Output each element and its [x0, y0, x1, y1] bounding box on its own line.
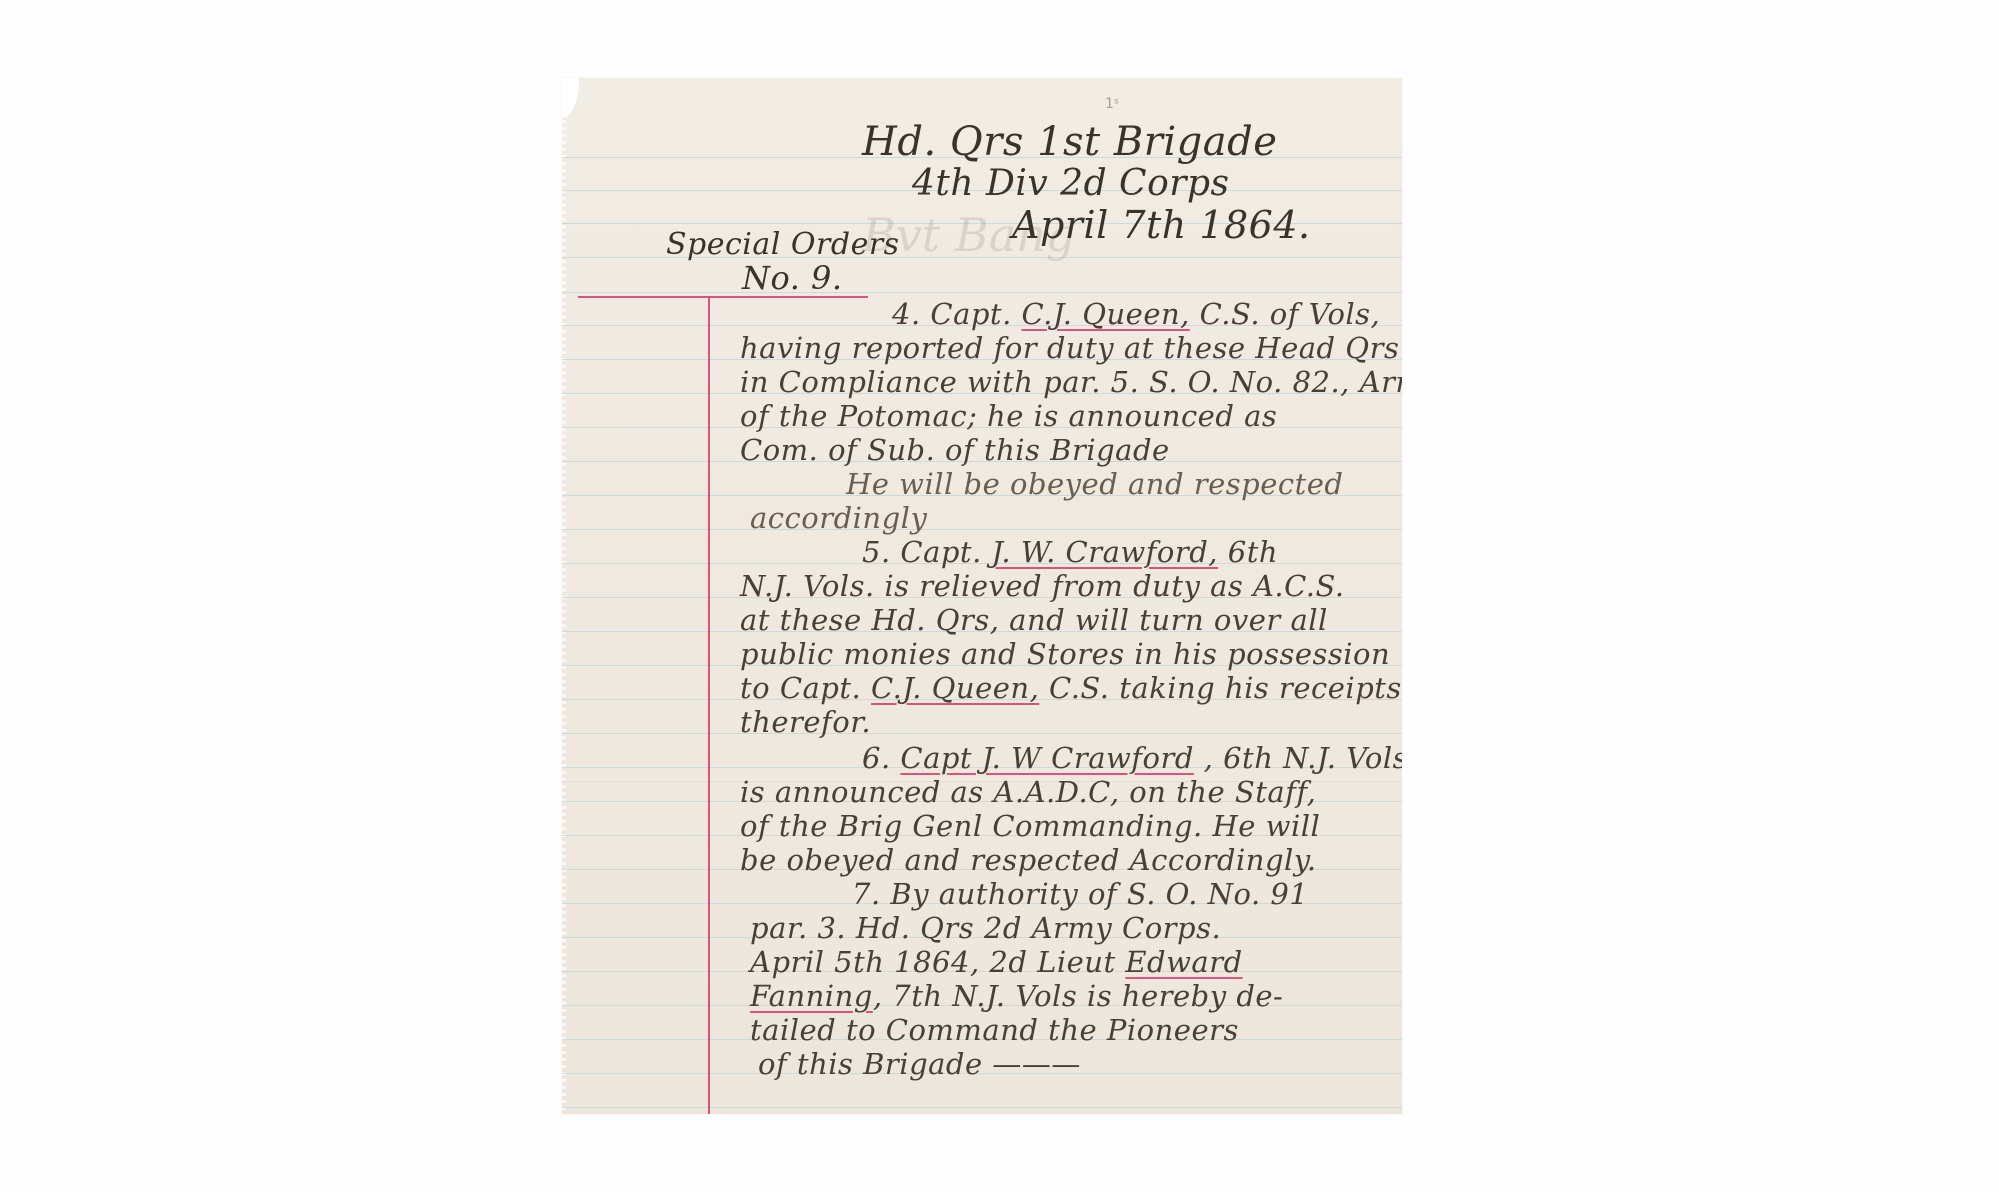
body-line: therefor.: [740, 708, 871, 737]
header-line-1: Hd. Qrs 1st Brigade: [862, 122, 1277, 162]
body-line: having reported for duty at these Head Q…: [740, 334, 1402, 363]
body-line: accordingly: [750, 504, 927, 533]
red-margin-vertical: [708, 296, 710, 1114]
body-line: Fanning, 7th N.J. Vols is hereby de-: [750, 982, 1283, 1011]
body-line: par. 3. Hd. Qrs 2d Army Corps.: [750, 914, 1221, 943]
pencil-mark: 1ˢ: [1105, 96, 1119, 112]
order-number: No. 9.: [742, 262, 843, 294]
image-canvas: Bvt Bang 1ˢ Hd. Qrs 1st Brigade 4th Div …: [0, 0, 1999, 1192]
body-line: to Capt. C.J. Queen, C.S. taking his rec…: [740, 674, 1402, 703]
body-line: He will be obeyed and respected: [846, 470, 1344, 499]
body-line: of the Potomac; he is announced as: [740, 402, 1277, 431]
body-line: of the Brig Genl Commanding. He will: [740, 812, 1320, 841]
body-line: 7. By authority of S. O. No. 91: [852, 880, 1308, 909]
body-line: 5. Capt. J. W. Crawford, 6th: [862, 538, 1278, 567]
body-line: in Compliance with par. 5. S. O. No. 82.…: [740, 368, 1402, 397]
order-title: Special Orders: [666, 230, 900, 260]
paper-sheet: Bvt Bang 1ˢ Hd. Qrs 1st Brigade 4th Div …: [562, 78, 1402, 1114]
body-line: public monies and Stores in his possessi…: [740, 640, 1390, 669]
body-line: Com. of Sub. of this Brigade: [740, 436, 1170, 465]
body-line: is announced as A.A.D.C, on the Staff,: [740, 778, 1316, 807]
body-line: N.J. Vols. is relieved from duty as A.C.…: [740, 572, 1345, 601]
body-line: 6. Capt J. W Crawford , 6th N.J. Vols: [862, 744, 1402, 773]
body-line: at these Hd. Qrs, and will turn over all: [740, 606, 1328, 635]
header-date: April 7th 1864.: [1012, 206, 1311, 244]
body-line: April 5th 1864, 2d Lieut Edward: [750, 948, 1243, 977]
header-line-2: 4th Div 2d Corps: [912, 166, 1230, 202]
body-line: 4. Capt. C.J. Queen, C.S. of Vols,: [892, 300, 1380, 329]
body-line: of this Brigade ———: [758, 1050, 1081, 1079]
body-line: tailed to Command the Pioneers: [750, 1016, 1239, 1045]
body-line: be obeyed and respected Accordingly.: [740, 846, 1317, 875]
